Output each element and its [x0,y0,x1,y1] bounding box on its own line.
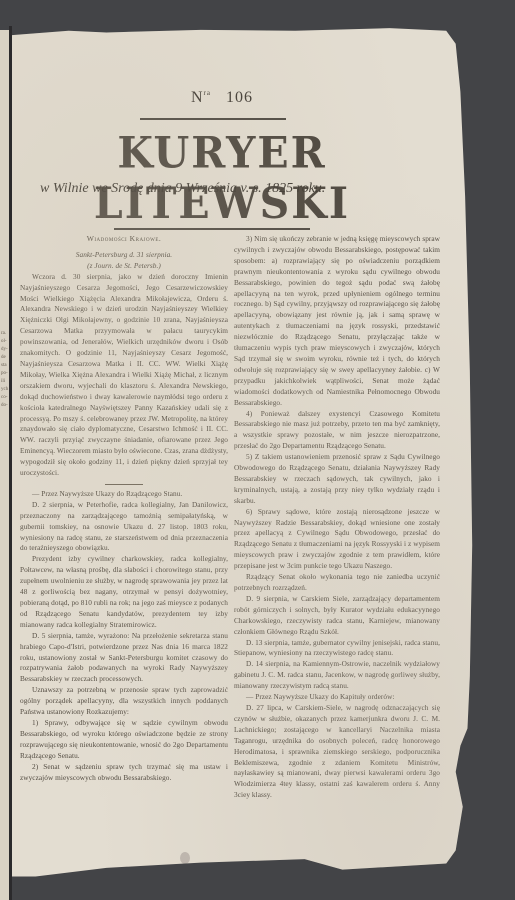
section-title: Wiadomości Krajowe. [20,234,228,245]
dateline: w Wilnie we Srodę dnia 9 Września v. s. … [40,181,400,197]
newspaper-title: KURYER LITEWSKI [26,128,418,229]
ink-stain [180,852,190,864]
masthead-rule-bottom [114,228,310,230]
article-paragraph: D. 14 sierpnia, na Kamiennym-Ostrowie, n… [234,659,440,692]
masthead-rule-top [140,118,286,120]
article-paragraph: D. 5 sierpnia, tamże, wyrażono: Na przeł… [20,631,228,686]
article-paragraph: 3) Nim się ukończy zebranie w jedną księ… [234,234,440,409]
issue-number: Nra 106 [72,89,372,107]
right-column: 3) Nim się ukończy zebranie w jedną księ… [234,234,440,801]
article-paragraph: D. 2 sierpnia, w Peterhofie, radca kolle… [20,500,228,555]
article-paragraph: D. 13 sierpnia, tamże, gubernator cywiln… [234,638,440,660]
issue-label: Nra [191,89,211,106]
article-paragraph: 4) Ponieważ dalszey exystencyi Czasowego… [234,409,440,453]
article-paragraph: D. 9 sierpnia, w Carskiem Siele, zarządz… [234,594,440,638]
book-spine [9,26,12,900]
article-paragraph: Prezydent izby cywilney charkowskiey, ra… [20,554,228,630]
issue-number-value: 106 [226,89,253,106]
article-paragraph: — Przez Naywyższe Ukazy do Rządzącego St… [20,489,228,500]
article-paragraph: 5) Z takiem ustanowieniem przenosić spra… [234,452,440,507]
article-paragraph: Uznawszy za potrzebną w przenosie spraw … [20,685,228,718]
newspaper-page: Nra 106 KURYER LITEWSKI w Wilnie we Srod… [12,22,484,894]
article-divider [105,484,143,485]
article-paragraph: — Przez Naywyższe Ukazy do Kapituły orde… [234,692,440,703]
left-column: Wiadomości Krajowe. Sankt-Petersburg d. … [20,234,228,783]
article-paragraph: 2) Senat w sądzeniu spraw tych trzymać s… [20,762,228,784]
article-place-date: Sankt-Petersburg d. 31 sierpnia. [20,250,228,261]
article-paragraph: Rządzący Senat około wykonania tego nie … [234,572,440,594]
article-paragraph: 1) Sprawy, odbywające się w sądzie cywil… [20,718,228,762]
article-paragraph: Wczora d. 30 sierpnia, jako w dzień doro… [20,272,228,479]
article-paragraph: D. 27 lipca, w Carskiem-Siele, w nagrodę… [234,703,440,801]
article-paragraph: 6) Sprawy sądowe, które zostają nierosąd… [234,507,440,572]
article-source: (z Journ. de St. Petersb.) [20,261,228,272]
